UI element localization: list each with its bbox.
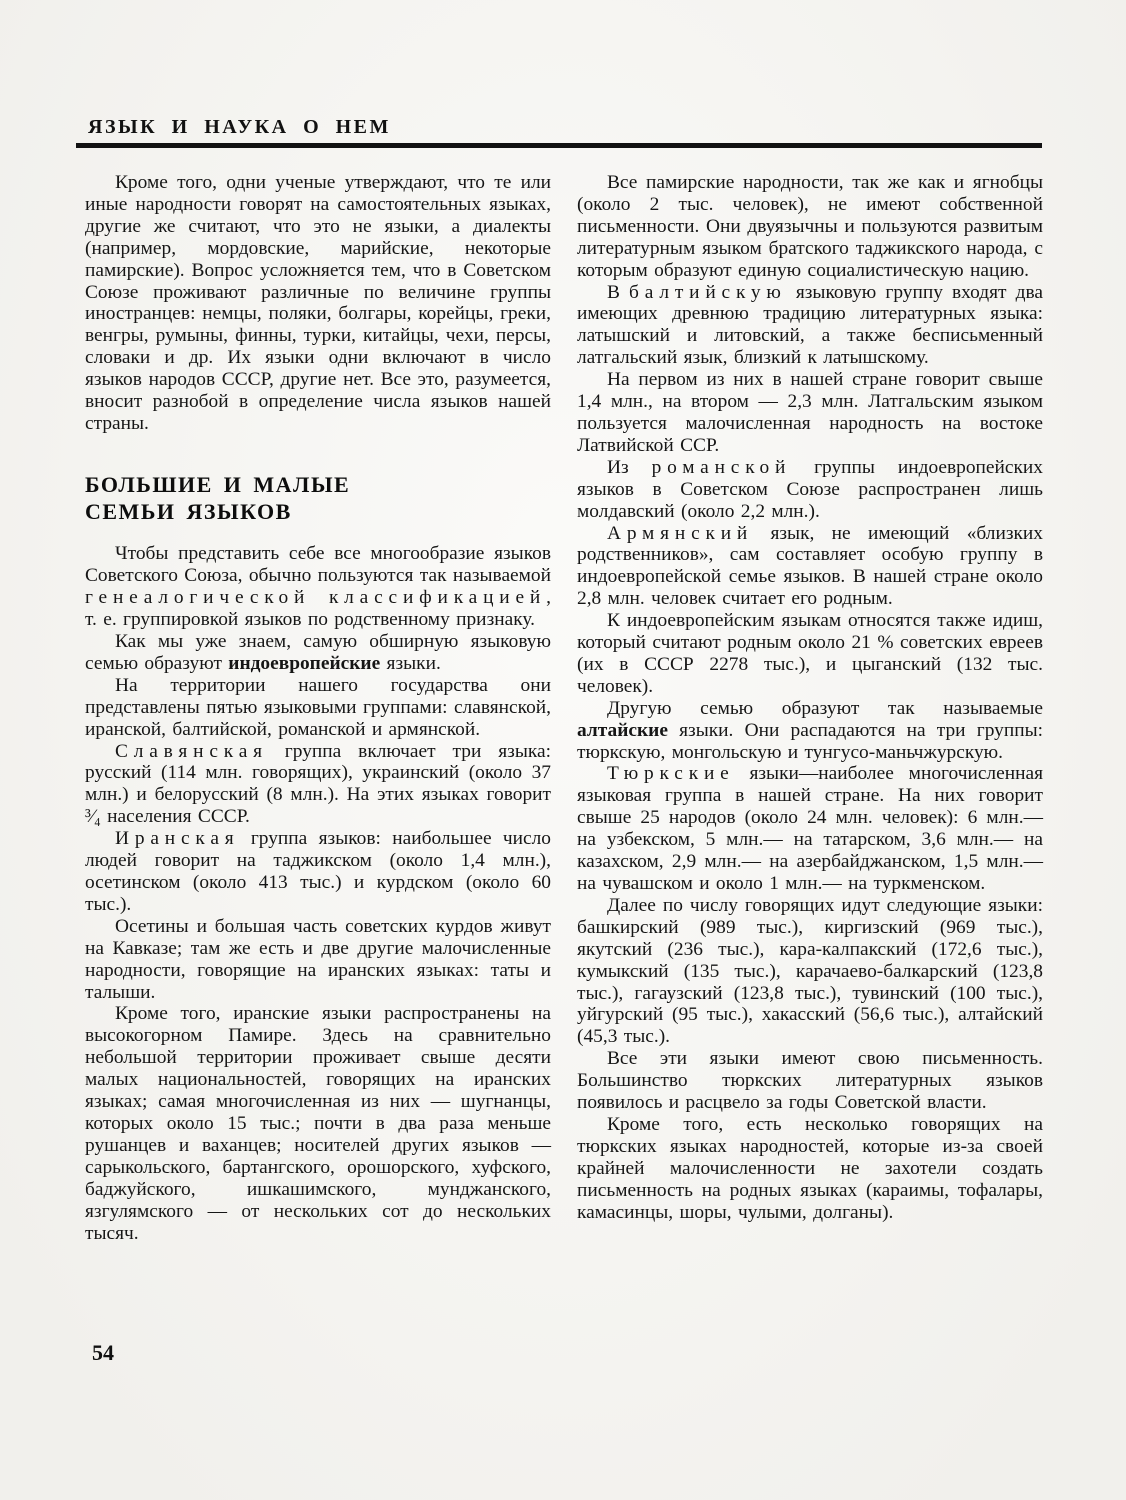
paragraph: Осетины и большая часть советских курдов… <box>85 916 551 1004</box>
paragraph: Чтобы представить себе все многообразие … <box>85 543 551 631</box>
paragraph: Далее по числу говорящих идут следующие … <box>577 895 1043 1048</box>
text-run: Кроме того, иранские языки распространен… <box>85 1003 551 1243</box>
text-run: Чтобы представить себе все многообразие … <box>85 543 551 586</box>
letterspaced-term: Армянский <box>607 523 753 544</box>
letterspaced-term: романской <box>652 457 792 478</box>
paragraph: Из романской группы индоевропейских язык… <box>577 457 1043 523</box>
section-heading: БОЛЬШИЕ И МАЛЫЕСЕМЬИ ЯЗЫКОВ <box>85 471 551 526</box>
paragraph: Все памирские народности, так же как и я… <box>577 172 1043 282</box>
text-run: На территории нашего государства они пре… <box>85 675 551 740</box>
paragraph: Кроме того, одни ученые утверждают, что … <box>85 172 551 435</box>
text-run: языки. <box>380 653 441 674</box>
letterspaced-term: Славянская <box>115 741 268 762</box>
letterspaced-term: Иранская <box>115 828 240 849</box>
text-run: В <box>607 282 629 303</box>
running-head: ЯЗЫК И НАУКА О НЕМ <box>88 116 391 139</box>
paragraph: Другую семью образуют так называемые алт… <box>577 698 1043 764</box>
text-run: Другую семью образуют так называемые <box>607 698 1043 719</box>
paragraph: Тюркские языки—наиболее многочисленная я… <box>577 763 1043 894</box>
text-columns: Кроме того, одни ученые утверждают, что … <box>85 172 1043 1244</box>
letterspaced-term: генеалогической классификацией <box>85 587 546 608</box>
paragraph: Славянская группа включает три языка: ру… <box>85 741 551 829</box>
right-column: Все памирские народности, так же как и я… <box>577 172 1043 1244</box>
paragraph: В балтийскую языковую группу входят два … <box>577 282 1043 370</box>
bold-term: алтайские <box>577 720 668 741</box>
text-run: Кроме того, есть несколько говорящих на … <box>577 1114 1043 1223</box>
text-run: Кроме того, одни ученые утверждают, что … <box>85 172 551 434</box>
page-number: 54 <box>92 1340 114 1366</box>
paragraph: Все эти языки имеют свою письменность. Б… <box>577 1048 1043 1114</box>
paragraph: Кроме того, иранские языки распространен… <box>85 1003 551 1244</box>
paragraph: Иранская группа языков: наибольшее число… <box>85 828 551 916</box>
letterspaced-term: Тюркские <box>607 763 735 784</box>
paragraph: Армянский язык, не имеющий «близких родс… <box>577 523 1043 611</box>
left-column: Кроме того, одни ученые утверждают, что … <box>85 172 551 1244</box>
text-run: Все памирские народности, так же как и я… <box>577 172 1043 281</box>
text-run: К индоевропейским языкам относятся также… <box>577 610 1043 697</box>
paragraph: На первом из них в нашей стране говорит … <box>577 369 1043 457</box>
text-run: На первом из них в нашей стране говорит … <box>577 369 1043 456</box>
text-run: Осетины и большая часть советских курдов… <box>85 916 551 1003</box>
paragraph: Как мы уже знаем, самую обширную языкову… <box>85 631 551 675</box>
header-rule <box>76 143 1042 148</box>
text-run: Из <box>607 457 652 478</box>
paragraph: Кроме того, есть несколько говорящих на … <box>577 1114 1043 1224</box>
scanned-page: ЯЗЫК И НАУКА О НЕМ Кроме того, одни учен… <box>0 0 1126 1500</box>
paragraph: На территории нашего государства они пре… <box>85 675 551 741</box>
text-run: Далее по числу говорящих идут следующие … <box>577 895 1043 1047</box>
bold-term: индоевропейские <box>228 653 380 674</box>
text-run: Все эти языки имеют свою письменность. Б… <box>577 1048 1043 1113</box>
letterspaced-term: балтийскую <box>629 282 787 303</box>
paragraph: К индоевропейским языкам относятся также… <box>577 610 1043 698</box>
